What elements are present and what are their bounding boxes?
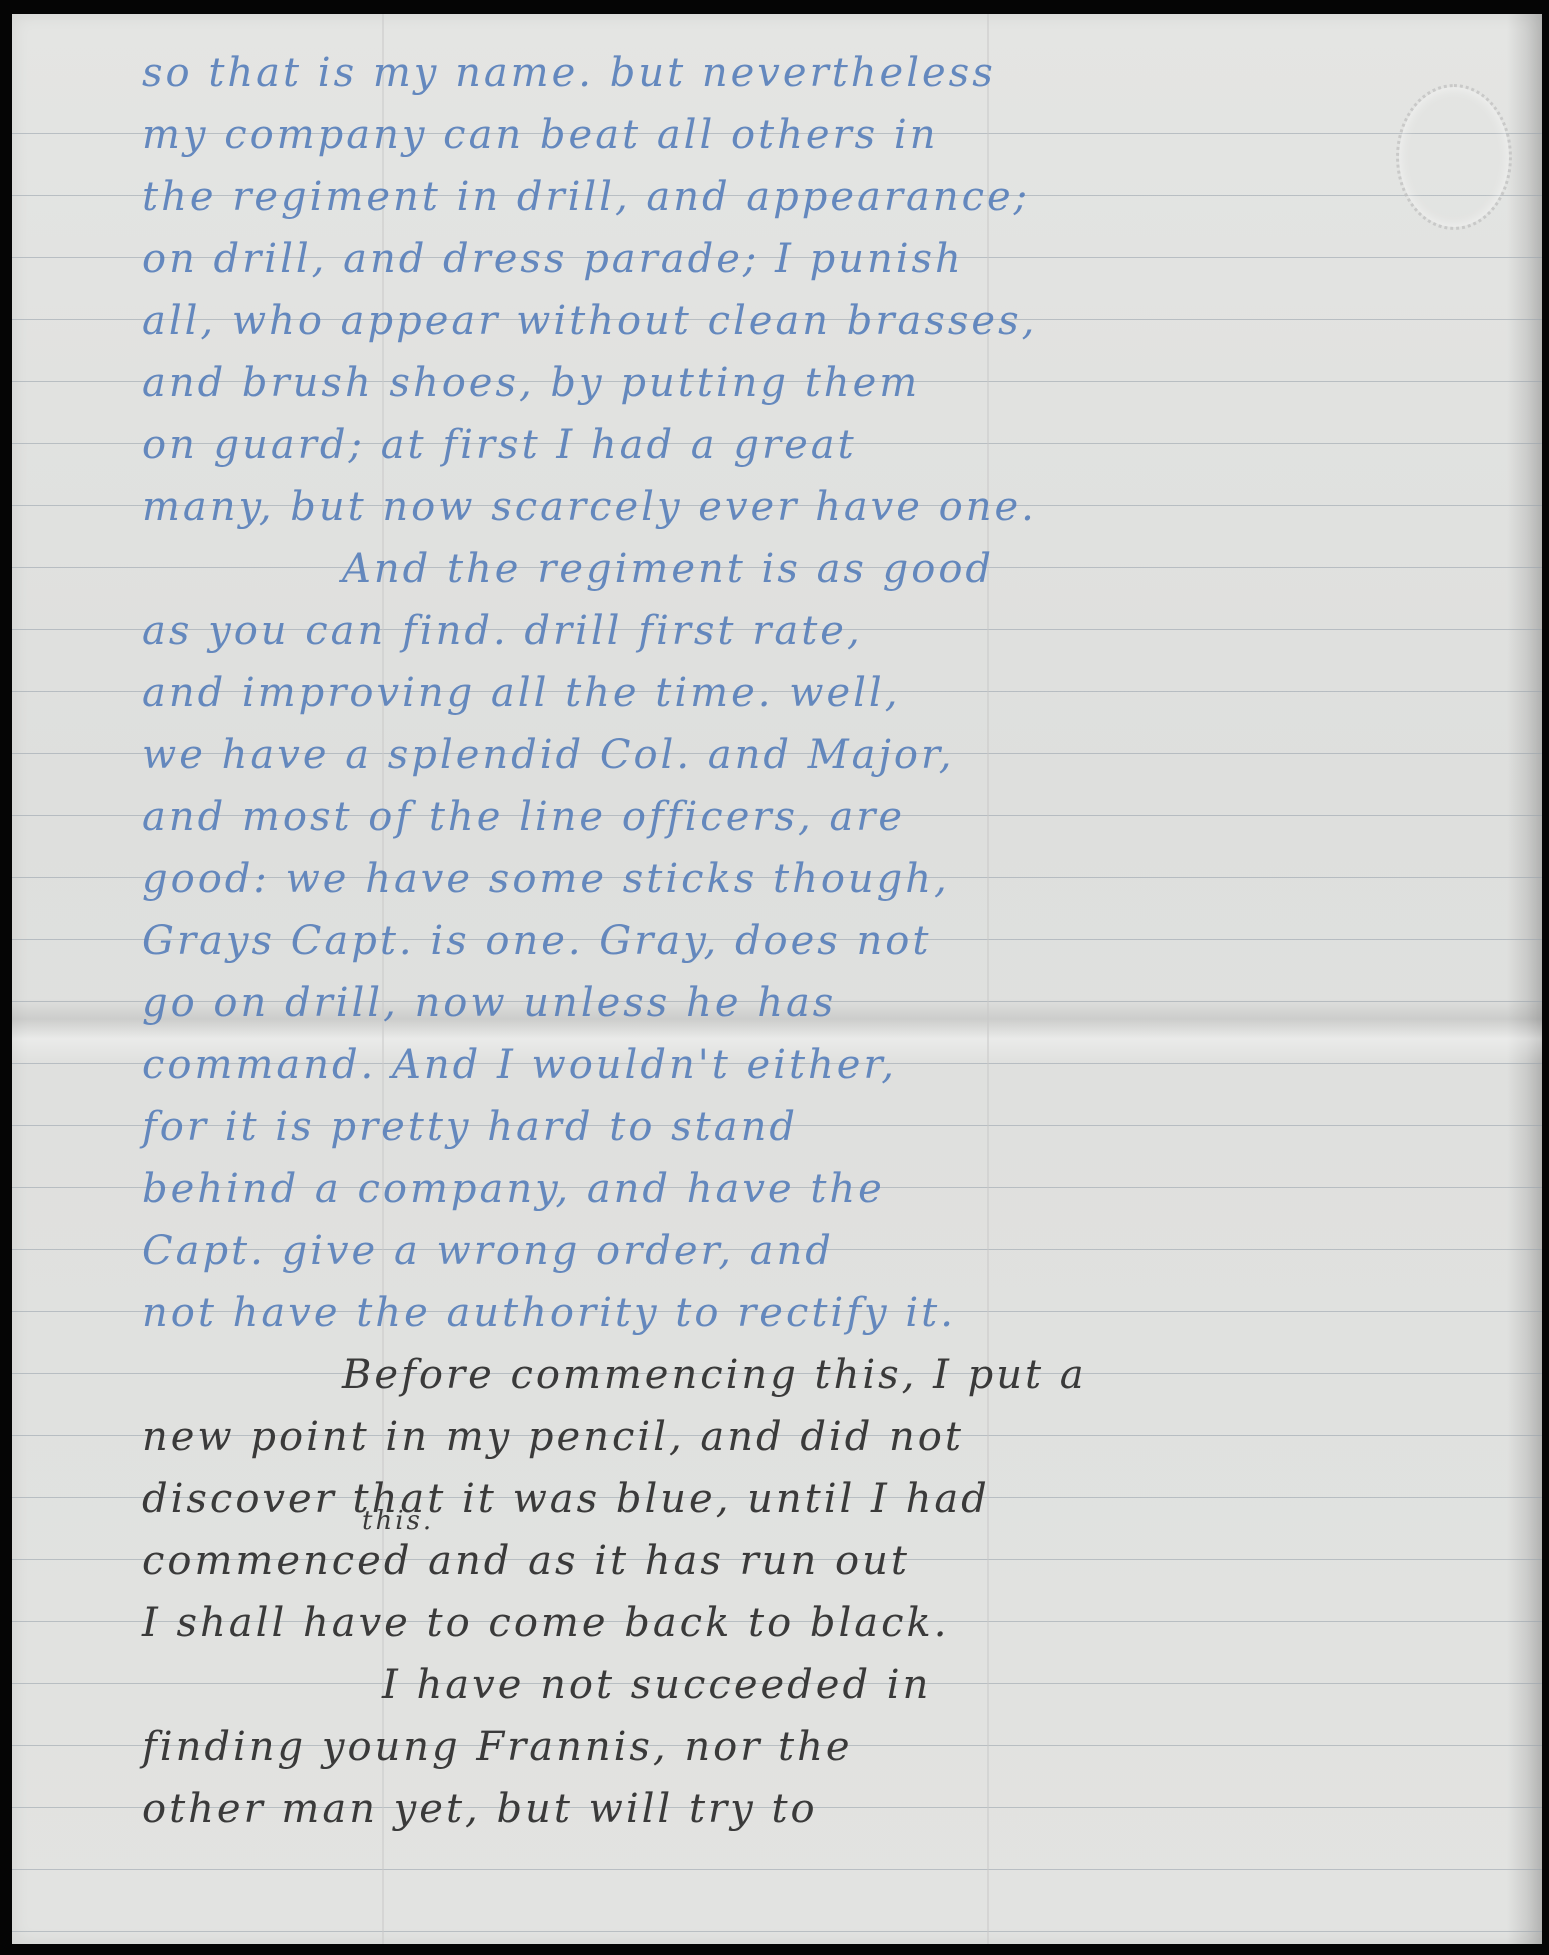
text-line: all, who appear without clean brasses,: [142, 290, 1532, 352]
letter-page: so that is my name. but nevertheless my …: [12, 14, 1542, 1944]
text-line: for it is pretty hard to stand: [142, 1096, 1532, 1158]
text-line: and brush shoes, by putting them: [142, 352, 1532, 414]
text-line-with-insertion: this. commenced and as it has run out: [142, 1530, 1532, 1592]
paragraph-start-line: And the regiment is as good: [142, 538, 1532, 600]
letter-body: so that is my name. but nevertheless my …: [142, 42, 1532, 1840]
paragraph-start-line: Before commencing this, I put a: [142, 1344, 1532, 1406]
text-line: go on drill, now unless he has: [142, 972, 1532, 1034]
text-line: many, but now scarcely ever have one.: [142, 476, 1532, 538]
text-line: we have a splendid Col. and Major,: [142, 724, 1532, 786]
insertion-mark: this.: [362, 1506, 434, 1536]
text-line: on drill, and dress parade; I punish: [142, 228, 1532, 290]
text-line: my company can beat all others in: [142, 104, 1532, 166]
text-line: not have the authority to rectify it.: [142, 1282, 1532, 1344]
text-line: I shall have to come back to black.: [142, 1592, 1532, 1654]
text-line: Grays Capt. is one. Gray, does not: [142, 910, 1532, 972]
text-line: good: we have some sticks though,: [142, 848, 1532, 910]
text-line: finding young Frannis, nor the: [142, 1716, 1532, 1778]
text-line: so that is my name. but nevertheless: [142, 42, 1532, 104]
text-line: on guard; at first I had a great: [142, 414, 1532, 476]
text-line: other man yet, but will try to: [142, 1778, 1532, 1840]
text-line: Capt. give a wrong order, and: [142, 1220, 1532, 1282]
text-line: and most of the line officers, are: [142, 786, 1532, 848]
text-line: command. And I wouldn't either,: [142, 1034, 1532, 1096]
text-line: new point in my pencil, and did not: [142, 1406, 1532, 1468]
text-line: as you can find. drill first rate,: [142, 600, 1532, 662]
text-line: the regiment in drill, and appearance;: [142, 166, 1532, 228]
text-line: commenced and as it has run out: [142, 1538, 910, 1584]
text-line: behind a company, and have the: [142, 1158, 1532, 1220]
text-line: and improving all the time. well,: [142, 662, 1532, 724]
text-line: discover that it was blue, until I had: [142, 1468, 1532, 1530]
paragraph-start-line: I have not succeeded in: [142, 1654, 1532, 1716]
